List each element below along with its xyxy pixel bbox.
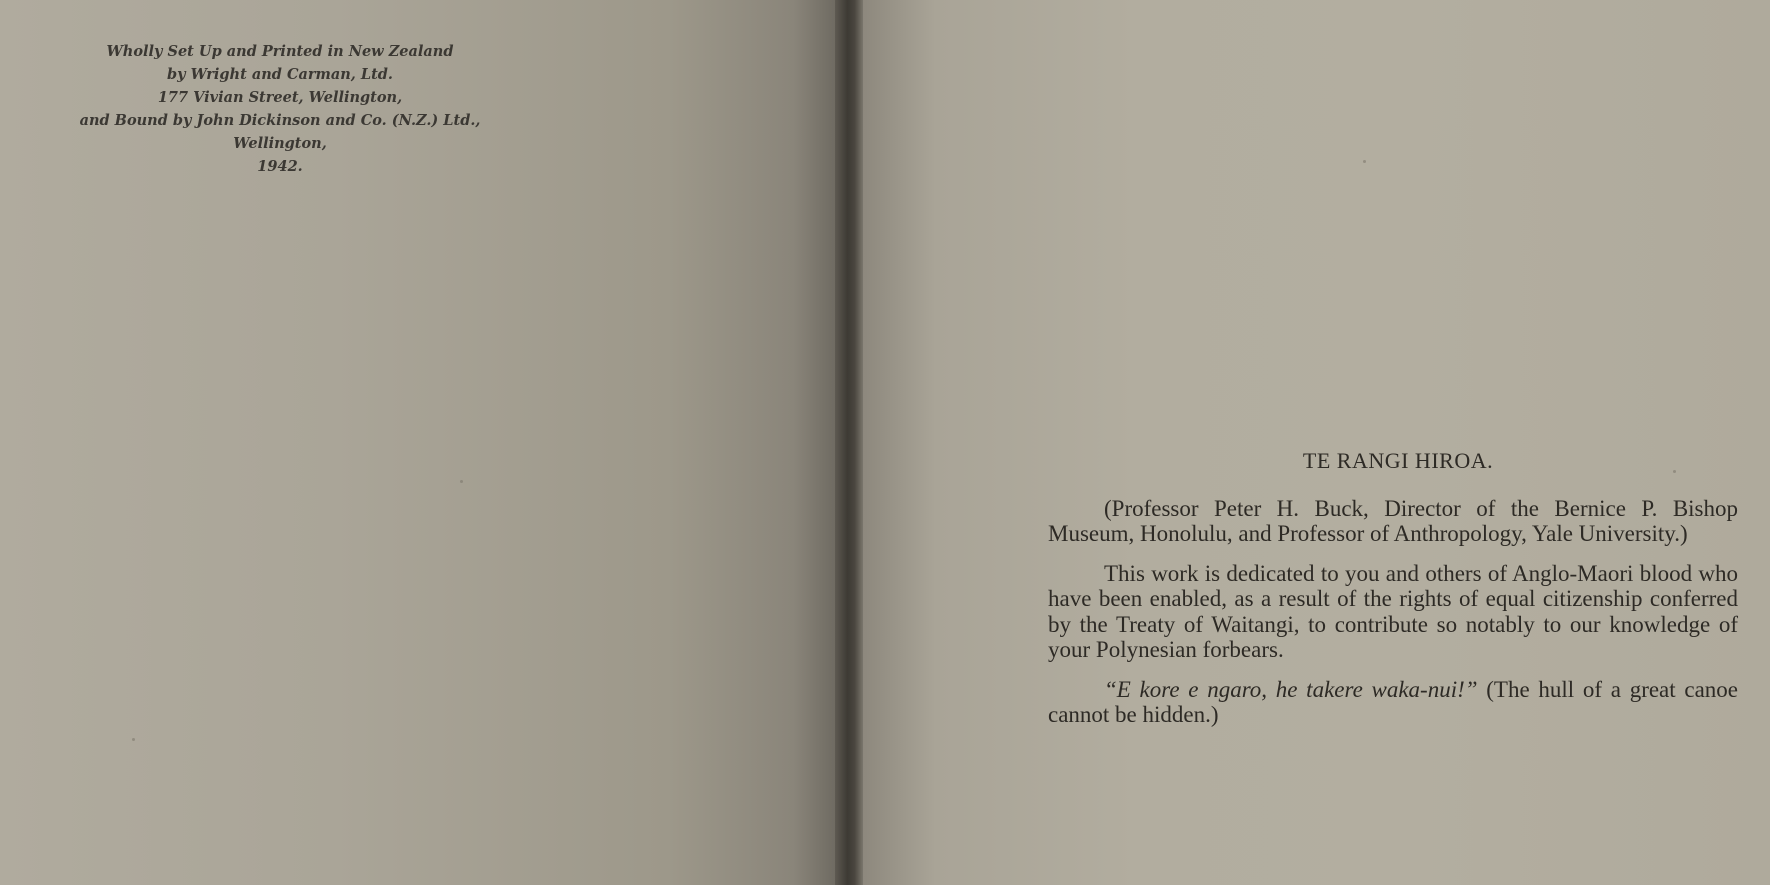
imprint-line: by Wright and Carman, Ltd.	[30, 63, 530, 86]
imprint-line: 177 Vivian Street, Wellington,	[30, 86, 530, 109]
book-gutter	[835, 0, 863, 885]
proverb-maori: “E kore e ngaro, he takere waka-nui!”	[1104, 677, 1478, 702]
dedication-text: This work is dedicated to you and others…	[1048, 561, 1738, 663]
paper-speck	[1363, 160, 1366, 163]
printer-imprint: Wholly Set Up and Printed in New Zealand…	[30, 40, 530, 178]
left-page: Wholly Set Up and Printed in New Zealand…	[0, 0, 835, 885]
proverb: “E kore e ngaro, he takere waka-nui!” (T…	[1048, 677, 1738, 728]
imprint-line: Wholly Set Up and Printed in New Zealand	[30, 40, 530, 63]
right-page	[863, 0, 1770, 885]
imprint-year: 1942.	[30, 155, 530, 178]
paper-speck	[460, 480, 463, 483]
dedication-subtitle: (Professor Peter H. Buck, Director of th…	[1048, 496, 1738, 547]
dedication-block: TE RANGI HIROA. (Professor Peter H. Buck…	[1048, 448, 1738, 742]
paper-speck	[132, 738, 135, 741]
imprint-line: Wellington,	[30, 132, 530, 155]
imprint-line: and Bound by John Dickinson and Co. (N.Z…	[30, 109, 530, 132]
book-spread: Wholly Set Up and Printed in New Zealand…	[0, 0, 1770, 885]
dedication-title: TE RANGI HIROA.	[1048, 448, 1738, 474]
